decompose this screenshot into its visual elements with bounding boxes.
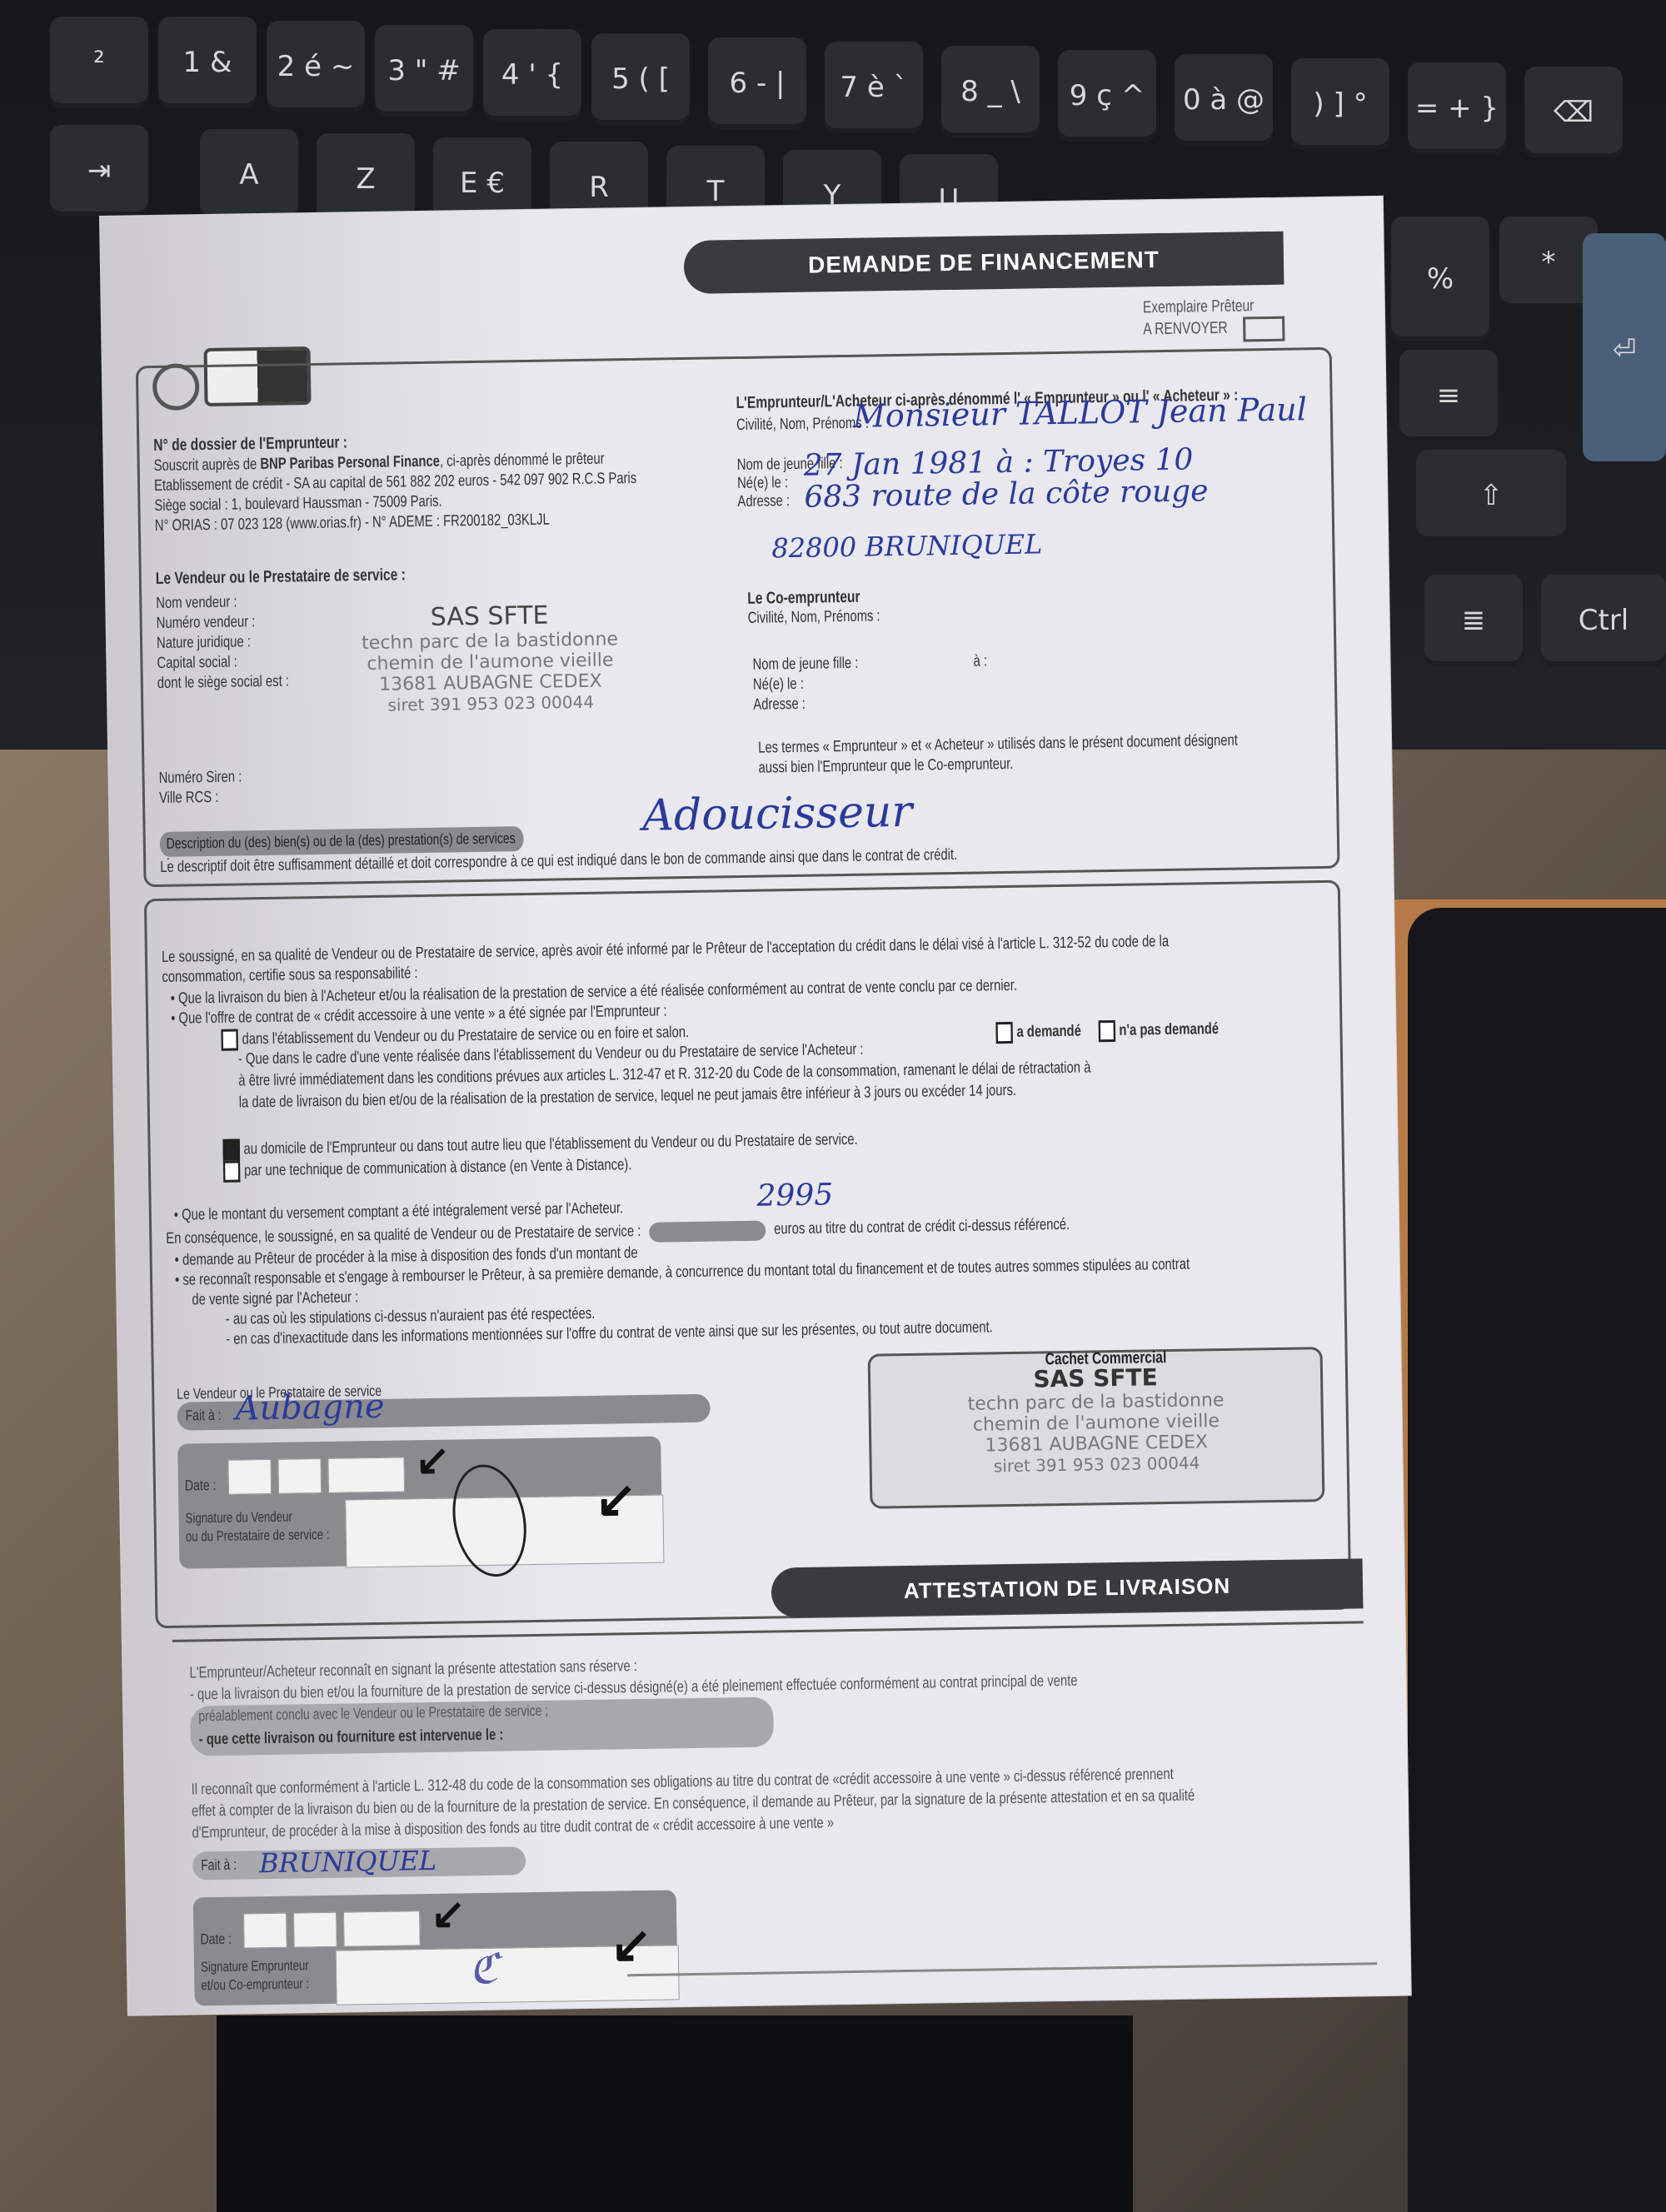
borrower-name-label: Civilité, Nom, Prénoms : [736, 415, 869, 435]
borrower-address-line-1[interactable]: 683 route de la côte rouge [804, 474, 1209, 515]
vendor-date-year[interactable] [327, 1457, 405, 1492]
coborrower-maiden-label: Nom de jeune fille : [752, 655, 858, 675]
key: 1 & [158, 17, 257, 108]
home-checkbox[interactable] [222, 1139, 240, 1161]
coborrower-birth-label: Né(e) le : [753, 675, 804, 695]
borrower-birth-label: Né(e) le : [737, 474, 788, 493]
requested-option: a demandé n'a pas demandé [995, 1019, 1219, 1044]
copy-note-2: A RENVOYER [1143, 319, 1228, 340]
vendor-number-label: Numéro vendeur : [157, 613, 256, 633]
shadow [217, 2015, 1133, 2212]
key: 8 _ \ [941, 46, 1040, 137]
key-shift: ⇧ [1416, 450, 1566, 541]
not-requested-text: n'a pas demandé [1119, 1020, 1219, 1039]
vendor-stamp: SAS SFTE techn parc de la bastidonne che… [339, 600, 641, 716]
key: 9 ç ^ [1058, 50, 1156, 142]
rcs-label: Ville RCS : [159, 789, 219, 808]
coborrower-heading: Le Co-emprunteur [747, 588, 860, 609]
lender-name: BNP Paribas Personal Finance [260, 453, 440, 473]
not-requested-checkbox[interactable] [1098, 1020, 1115, 1042]
mousepad-background [1408, 908, 1666, 2212]
copy-note: Exemplaire Prêteur [1143, 296, 1254, 317]
borrower-name-value[interactable]: Monsieur TALLOT Jean Paul [853, 391, 1308, 435]
delivery-date-day[interactable] [243, 1913, 287, 1949]
divider [627, 1962, 1377, 1976]
key: = + } [1408, 62, 1506, 154]
borrower-sig-label-2: et/ou Co-emprunteur : [201, 1975, 309, 1994]
key: ² [50, 17, 148, 108]
arrow-down-left-icon: ↙ [431, 1889, 466, 1938]
vendor-fait-label: Fait à : [185, 1407, 221, 1425]
key: ≡ [1399, 350, 1498, 441]
vendor-date-day[interactable] [227, 1459, 272, 1495]
financing-request-form: DEMANDE DE FINANCEMENT Exemplaire Prêteu… [100, 197, 1411, 2015]
arrow-down-left-icon: ↙ [415, 1436, 451, 1485]
key-ctrl: Ctrl [1541, 575, 1666, 666]
delivery-title: ATTESTATION DE LIVRAISON [904, 1572, 1231, 1603]
vendor-fait-value[interactable]: Aubagne [235, 1387, 385, 1428]
lender-prefix: Souscrit auprès de [154, 456, 261, 475]
delivery-line-3: - que cette livraison ou fourniture est … [199, 1726, 504, 1750]
commercial-stamp-box: Cachet Commercial SAS SFTE techn parc de… [868, 1347, 1325, 1509]
borrower-signature: ℭ [469, 1945, 499, 1994]
key: ⌫ [1524, 67, 1623, 158]
reimburse-2: de vente signé par l'Acheteur : [192, 1288, 358, 1309]
delivery-date-year[interactable] [343, 1911, 421, 1946]
distance-checkbox[interactable] [223, 1160, 241, 1182]
key: 4 ' { [483, 29, 581, 121]
amount-value[interactable]: 2995 [756, 1178, 833, 1213]
vendor-sig-label-1: Signature du Vendeur [185, 1509, 292, 1527]
coborrower-address-label: Adresse : [753, 695, 806, 715]
arrow-down-left-icon: ↙ [610, 1916, 652, 1975]
delivery-title-banner: ATTESTATION DE LIVRAISON [771, 1558, 1364, 1617]
key: ) ] ° [1291, 58, 1389, 150]
delivery-date-month[interactable] [293, 1912, 337, 1948]
form-title-banner: DEMANDE DE FINANCEMENT [684, 232, 1284, 294]
vendor-stamp-name: SAS SFTE [339, 600, 640, 634]
delivery-intro: L'Emprunteur/Acheteur reconnaît en signa… [189, 1657, 637, 1682]
vendor-legal-label: Nature juridique : [157, 633, 251, 653]
key: 7 è ` [825, 42, 923, 133]
envelope-icon [1243, 316, 1284, 342]
requested-checkbox[interactable] [995, 1022, 1013, 1044]
coborrower-birthplace-label: à : [973, 652, 987, 670]
borrower-date-label: Date : [200, 1931, 232, 1949]
vendor-name-label: Nom vendeur : [156, 593, 237, 613]
borrower-address-line-2[interactable]: 82800 BRUNIQUEL [771, 528, 1043, 564]
key-enter: ⏎ [1583, 233, 1666, 466]
key: A [200, 129, 298, 221]
lender-suffix: , ci-après dénommé le prêteur [440, 451, 605, 471]
vendor-capital-label: Capital social : [157, 653, 237, 673]
vendor-sig-label-2: ou du Prestataire de service : [186, 1527, 330, 1546]
borrower-sig-label-1: Signature Emprunteur [201, 1957, 309, 1975]
key: 5 ( [ [591, 33, 690, 125]
key: ⇥ [50, 125, 148, 217]
key: 2 é ~ [267, 21, 365, 112]
description-value[interactable]: Adoucisseur [642, 787, 913, 841]
borrower-address-label: Adresse : [737, 492, 790, 511]
delivery-fait-label: Fait à : [201, 1856, 237, 1875]
key: 3 " # [375, 25, 473, 117]
vendor-heading: Le Vendeur ou le Prestataire de service … [156, 565, 406, 589]
option-distance-text: par une technique de communication à dis… [244, 1156, 632, 1179]
borrower-date-signature-block: Date : ↙ Signature Emprunteur et/ou Co-e… [193, 1890, 678, 2005]
commercial-stamp: SAS SFTE techn parc de la bastidonne che… [870, 1361, 1322, 1477]
delivery-line-2: préalablement conclu avec le Vendeur ou … [198, 1702, 548, 1726]
form-title: DEMANDE DE FINANCEMENT [808, 247, 1160, 279]
delivery-fait-field[interactable]: Fait à : BRUNIQUEL [192, 1846, 526, 1880]
key: ≣ [1424, 575, 1523, 666]
requested-text: a demandé [1016, 1023, 1081, 1041]
siren-label: Numéro Siren : [158, 768, 242, 788]
vendor-date-signature-block: Date : ↙ Signature du Vendeur ou du Pres… [177, 1437, 662, 1569]
vendor-date-month[interactable] [277, 1458, 322, 1494]
vendor-date-label: Date : [185, 1477, 217, 1495]
dossier-label: N° de dossier de l'Emprunteur : [153, 433, 347, 456]
delivery-fait-value[interactable]: BRUNIQUEL [259, 1845, 437, 1879]
delivery-date-field[interactable]: préalablement conclu avec le Vendeur ou … [190, 1697, 774, 1756]
key: % [1391, 217, 1489, 341]
key: 0 à @ [1175, 54, 1273, 146]
coborrower-name-label: Civilité, Nom, Prénoms : [748, 607, 880, 627]
amount-field[interactable] [649, 1221, 766, 1243]
vendor-hq-label: dont le siège social est : [157, 673, 290, 693]
arrow-down-left-icon: ↙ [595, 1470, 637, 1529]
key: 6 - | [708, 37, 806, 129]
establishment-checkbox[interactable] [221, 1029, 238, 1051]
